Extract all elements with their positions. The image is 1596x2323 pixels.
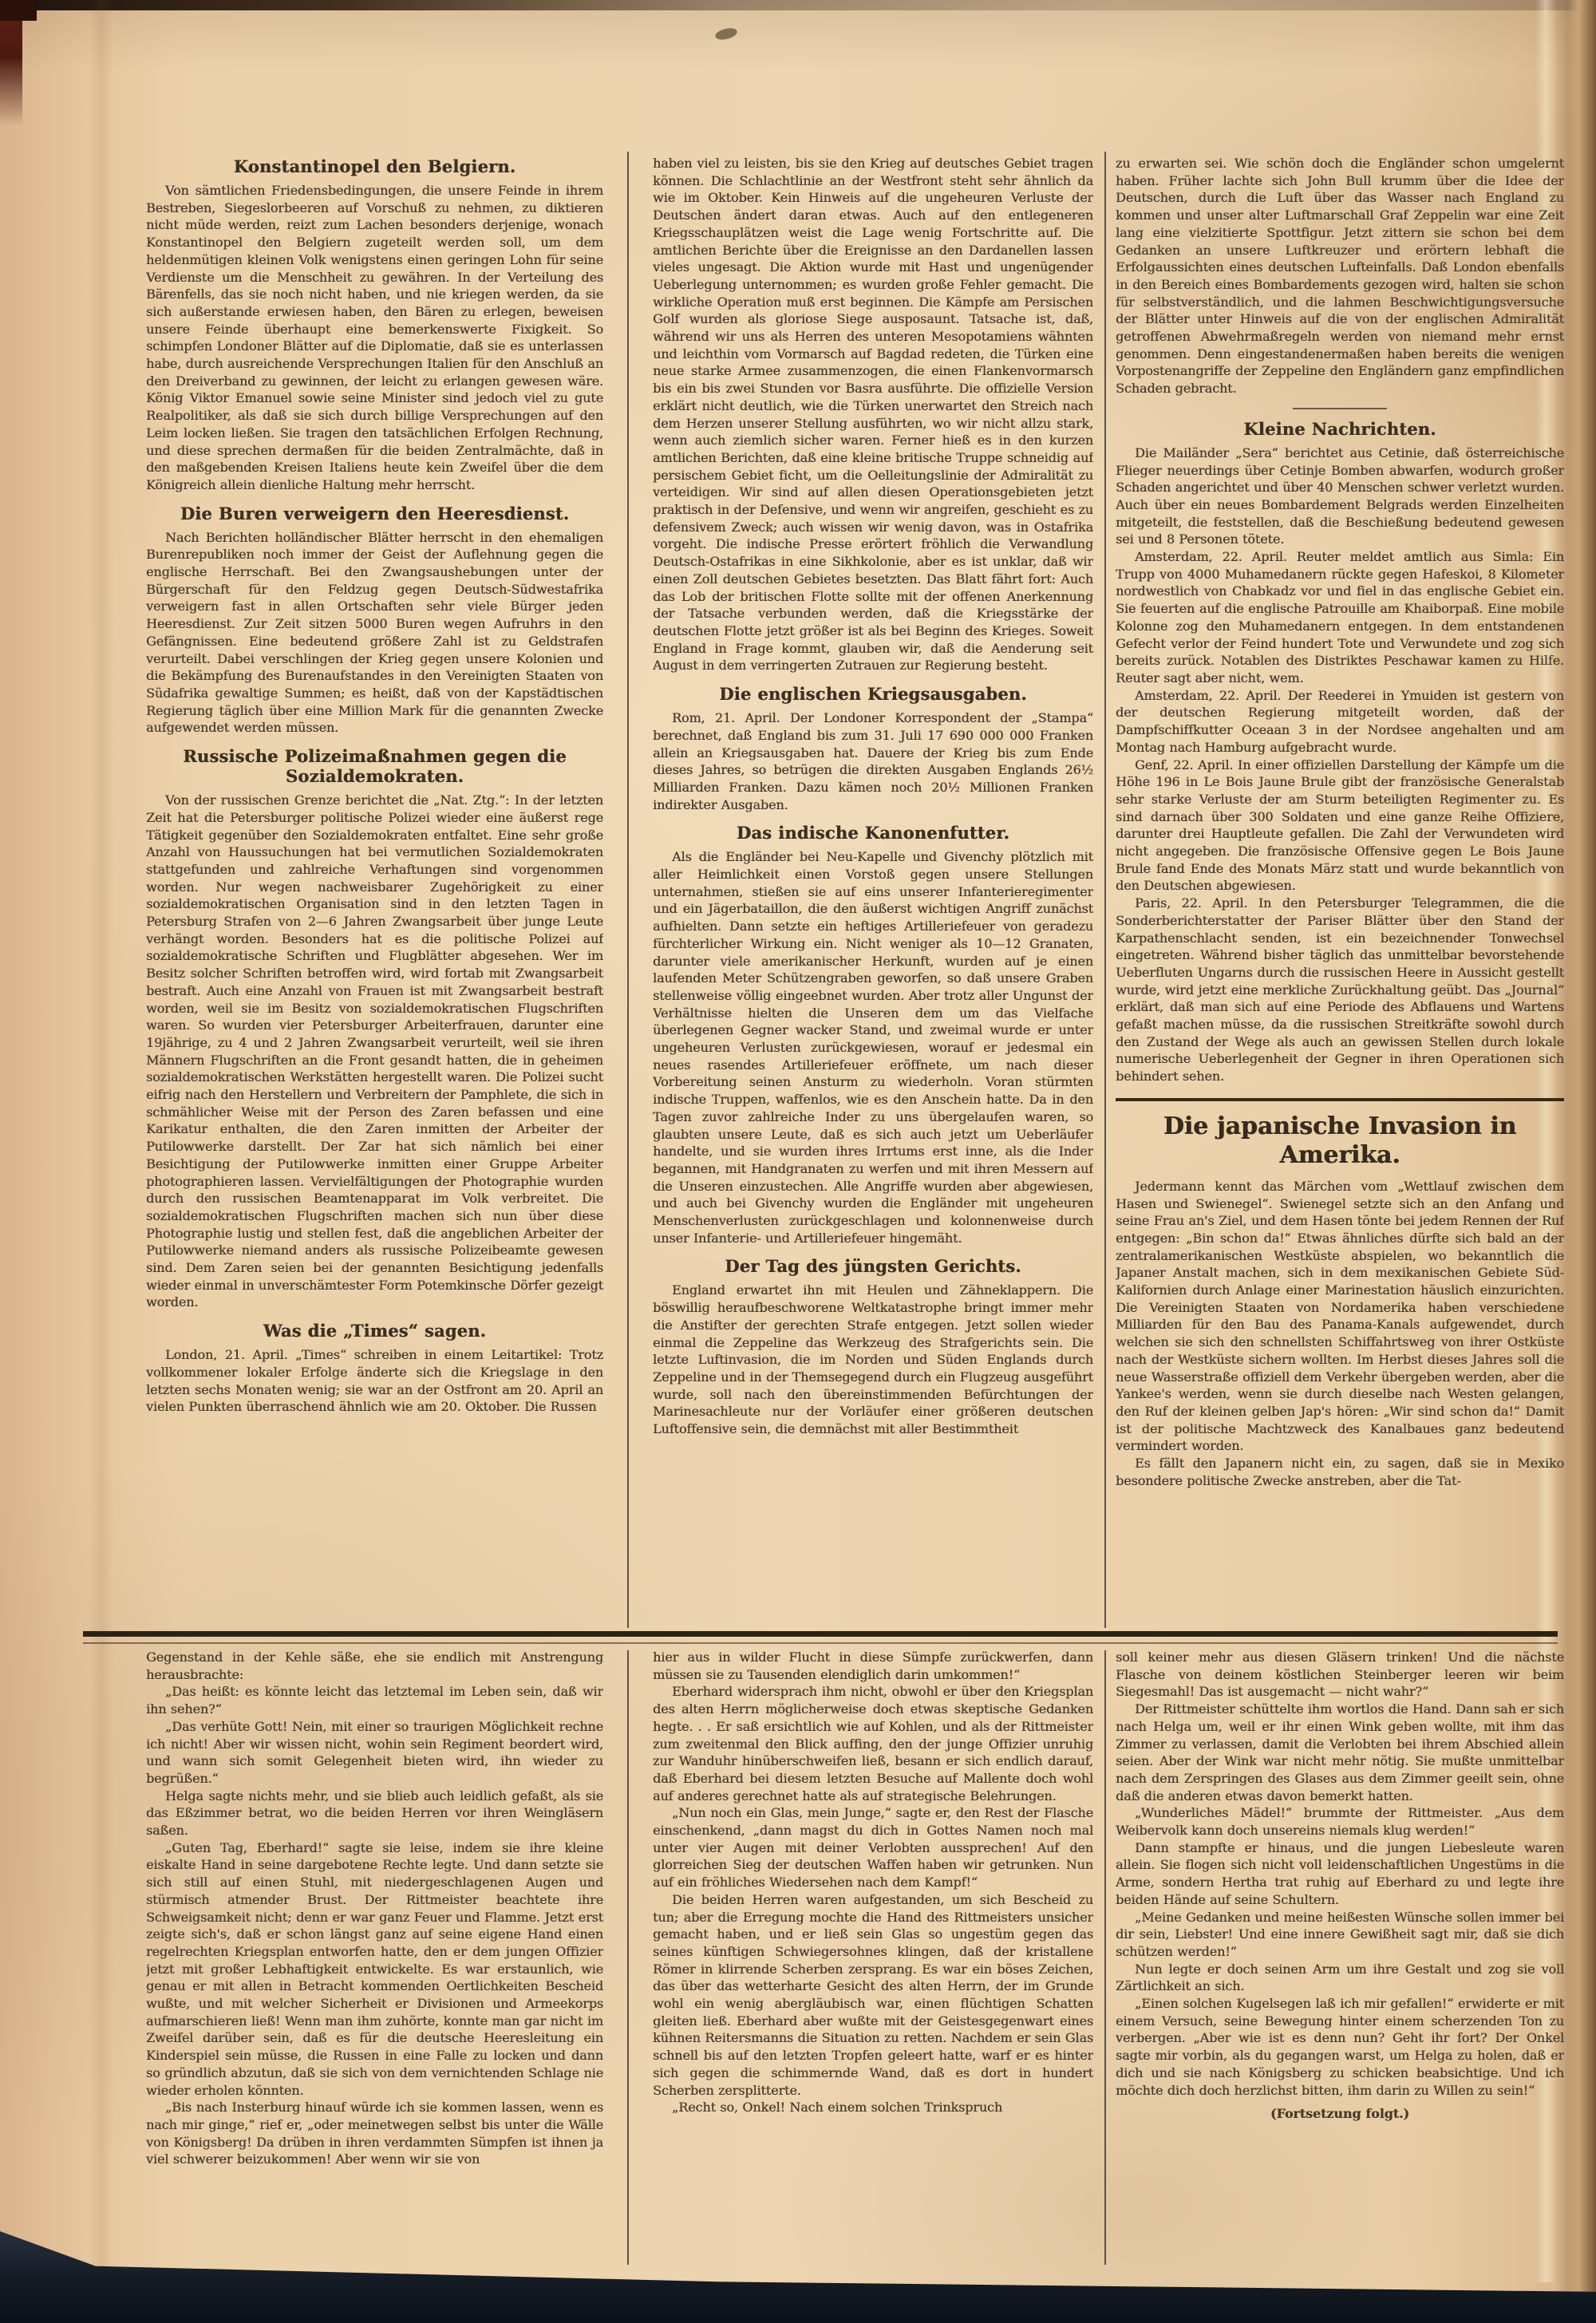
article-paragraph: England erwartet ihn mit Heulen und Zähn… (653, 1282, 1093, 1437)
feuilleton-paragraph: „Meine Gedanken und meine heißesten Wüns… (1116, 1909, 1564, 1961)
feuilleton-paragraph: Helga sagte nichts mehr, und sie blieb a… (146, 1788, 603, 1839)
feuilleton-paragraph: „Recht so, Onkel! Nach einem solchen Tri… (653, 2099, 1093, 2116)
newspaper-page: Konstantinopel den Belgiern. Von sämtlic… (0, 0, 1596, 2323)
paper-stain (714, 26, 738, 41)
column-news-left: Konstantinopel den Belgiern. Von sämtlic… (146, 155, 603, 1630)
section-rule-thin (83, 1642, 1558, 1644)
feuilleton-paragraph: Der Rittmeister schüttelte ihm wortlos d… (1116, 1701, 1564, 1804)
feuilleton-paragraph: soll keiner mehr aus diesen Gläsern trin… (1116, 1649, 1564, 1701)
feuilleton-paragraph: „Nun noch ein Glas, mein Junge,“ sagte e… (653, 1804, 1093, 1891)
news-item: Amsterdam, 22. April. Reuter meldet amtl… (1116, 548, 1564, 687)
article-paragraph: Jedermann kennt das Märchen vom „Wettlau… (1116, 1178, 1564, 1455)
article-paragraph-continuation: haben viel zu leisten, bis sie den Krieg… (653, 155, 1093, 674)
column-rule (1104, 1650, 1106, 2265)
article-paragraph: Rom, 21. April. Der Londoner Korresponde… (653, 709, 1093, 813)
article-headline-juengstes-gericht: Der Tag des jüngsten Gerichts. (653, 1256, 1093, 1276)
article-headline-polizeimassnahmen: Russische Polizeimaßnahmen gegen die Soz… (146, 746, 603, 786)
news-item: Genf, 22. April. In einer offiziellen Da… (1116, 757, 1564, 895)
article-headline-japanische-invasion: Die japanische Invasion in Amerika. (1116, 1112, 1564, 1170)
article-paragraph: Von der russischen Grenze berichtet die … (146, 792, 603, 1311)
continuation-marker: (Fortsetzung folgt.) (1116, 2105, 1564, 2123)
article-paragraph: London, 21. April. „Times“ schreiben in … (146, 1346, 603, 1416)
article-paragraph: Nach Berichten holländischer Blätter her… (146, 529, 603, 737)
column-feuilleton-left: Gegenstand in der Kehle säße, ehe sie en… (146, 1649, 603, 2265)
article-headline-kanonenfutter: Das indische Kanonenfutter. (653, 823, 1093, 843)
article-headline-buren: Die Buren verweigern den Heeresdienst. (146, 504, 603, 523)
feuilleton-paragraph: „Das heißt: es könnte leicht das letztem… (146, 1683, 603, 1717)
section-rule (83, 1631, 1558, 1637)
news-item: Amsterdam, 22. April. Der Reederei in Ym… (1116, 687, 1564, 757)
article-paragraph: Von sämtlichen Friedensbedingungen, die … (146, 182, 603, 494)
paper-fold-shadow (89, 0, 113, 2274)
feuilleton-paragraph: Die beiden Herren waren aufgestanden, um… (653, 1891, 1093, 2099)
feuilleton-paragraph: „Das verhüte Gott! Nein, mit einer so tr… (146, 1718, 603, 1788)
article-paragraph: Als die Engländer bei Neu-Kapelle und Gi… (653, 848, 1093, 1246)
news-item: Die Mailänder „Sera“ berichtet aus Cetin… (1116, 444, 1564, 548)
article-headline-kleine-nachrichten: Kleine Nachrichten. (1116, 419, 1564, 439)
article-divider (1293, 408, 1387, 409)
feuilleton-paragraph: hier aus in wilder Flucht in diese Sümpf… (653, 1649, 1093, 1683)
article-headline-kriegsausgaben: Die englischen Kriegsausgaben. (653, 684, 1093, 704)
feuilleton-paragraph: „Einen solchen Kugelsegen laß ich mir ge… (1116, 1995, 1564, 2099)
column-feuilleton-right: soll keiner mehr aus diesen Gläsern trin… (1116, 1649, 1564, 2265)
page-top-edge (0, 0, 1596, 10)
feuilleton-paragraph: „Bis nach Insterburg hinauf würde ich si… (146, 2099, 603, 2168)
column-news-right: zu erwarten sei. Wie schön doch die Engl… (1116, 155, 1564, 1630)
column-rule (627, 1650, 629, 2265)
paper-stain (0, 0, 37, 21)
article-headline-konstantinopel: Konstantinopel den Belgiern. (146, 156, 603, 176)
feuilleton-paragraph: Eberhard widersprach ihm nicht, obwohl e… (653, 1683, 1093, 1804)
feuilleton-paragraph: Gegenstand in der Kehle säße, ehe sie en… (146, 1649, 603, 1683)
article-rule (1116, 1098, 1564, 1101)
news-item: Paris, 22. April. In den Petersburger Te… (1116, 895, 1564, 1085)
feuilleton-paragraph: Nun legte er doch seinen Arm um ihre Ges… (1116, 1961, 1564, 1995)
article-paragraph-continuation: zu erwarten sei. Wie schön doch die Engl… (1116, 155, 1564, 397)
column-rule (1104, 152, 1106, 1628)
column-news-middle: haben viel zu leisten, bis sie den Krieg… (653, 155, 1093, 1630)
feuilleton-paragraph: „Wunderliches Mädel!“ brummte der Rittme… (1116, 1804, 1564, 1839)
feuilleton-paragraph: „Guten Tag, Eberhard!“ sagte sie leise, … (146, 1839, 603, 2100)
article-paragraph: Es fällt den Japanern nicht ein, zu sage… (1116, 1455, 1564, 1489)
feuilleton-paragraph: Dann stampfte er hinaus, und die jungen … (1116, 1839, 1564, 1909)
column-feuilleton-middle: hier aus in wilder Flucht in diese Sümpf… (653, 1649, 1093, 2265)
column-rule (627, 152, 629, 1628)
article-headline-times: Was die „Times“ sagen. (146, 1321, 603, 1341)
